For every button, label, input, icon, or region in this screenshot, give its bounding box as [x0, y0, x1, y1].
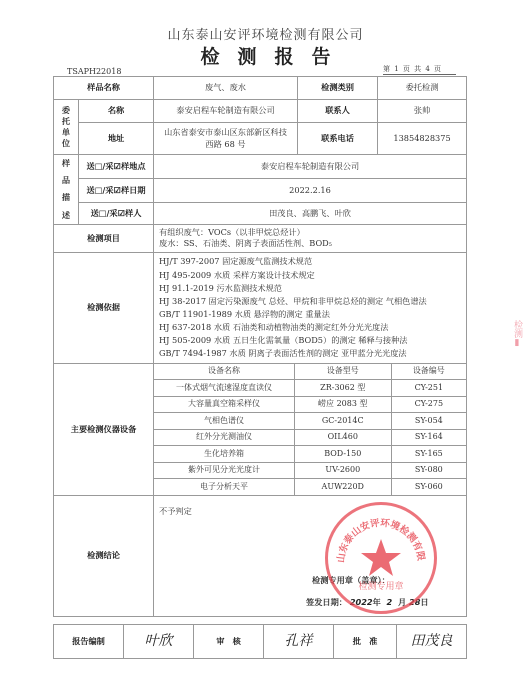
signature-table: 报告编制 叶欣 审 核 孔祥 批 准 田茂良	[53, 624, 467, 659]
day-unit: 日	[420, 597, 428, 607]
phone-label: 联系电话	[298, 123, 378, 155]
basis-value: HJ/T 397-2007 固定源废气监测技术规范 HJ 495-2009 水质…	[154, 252, 467, 363]
equipment-model: BOD-150	[294, 446, 391, 463]
category-value: 委托检测	[378, 77, 467, 100]
category-label: 检测类别	[298, 77, 378, 100]
prepared-label: 报告编制	[54, 625, 124, 659]
client-address-row: 地址 山东省泰安市泰山区东部新区科技西路 68 号 联系电话 138548283…	[54, 123, 467, 155]
equipment-name: 一体式烟气流速湿度直读仪	[154, 380, 294, 397]
company-name: 山东泰山安评环境检测有限公司	[0, 24, 531, 43]
sample-name-value: 废气、废水	[154, 77, 298, 100]
equipment-row-item: 紫外可见分光光度计 UV-2600 SY-080	[154, 462, 466, 479]
equipment-id: SY-080	[391, 462, 466, 479]
equipment-row-item: 生化培养箱 BOD-150 SY-165	[154, 446, 466, 463]
basis-line: HJ 637-2018 水质 石油类和动植物油类的测定红外分光光度法	[159, 321, 463, 334]
equipment-row-item: 大容量真空箱采样仪 崂应 2083 型 CY-275	[154, 396, 466, 413]
items-row: 检测项目 有组织废气：VOCs（以非甲烷总烃计） 废水：SS、石油类、阴离子表面…	[54, 224, 467, 252]
equipment-header: 设备名称	[154, 364, 294, 380]
issue-date-label: 签发日期：	[306, 597, 347, 607]
basis-line: GB/T 11901-1989 水质 悬浮物的测定 重量法	[159, 308, 463, 321]
edge-seal-mark: 检测▮	[510, 320, 524, 430]
equipment-header: 设备编号	[391, 364, 466, 380]
equipment-id: SY-054	[391, 413, 466, 430]
client-name-row: 委托单位 名称 泰安启程车轮制造有限公司 联系人 张帅	[54, 100, 467, 123]
conclusion-cell: 不予判定 检测专用章（盖章）： 签发日期： 2022年 2 月 28日	[154, 495, 467, 616]
approve-label: 批 准	[334, 625, 397, 659]
conclusion-label: 检测结论	[54, 495, 154, 616]
sampler-row: 送□/采☑样人 田茂良、高鹏飞、叶欣	[54, 203, 467, 225]
prepared-signature: 叶欣	[124, 625, 194, 659]
contact-label: 联系人	[298, 100, 378, 123]
equipment-model: ZR-3062 型	[294, 380, 391, 397]
equipment-model: UV-2600	[294, 462, 391, 479]
equipment-name: 紫外可见分光光度计	[154, 462, 294, 479]
sample-desc-group-label: 样品描述	[54, 155, 79, 225]
basis-line: HJ 91.1-2019 污水监测技术规范	[159, 282, 463, 295]
sample-location-row: 样品描述 送□/采☑样地点 泰安启程车轮制造有限公司	[54, 155, 467, 179]
equipment-label: 主要检测仪器设备	[54, 363, 154, 495]
sample-date-label: 送□/采☑样日期	[79, 179, 154, 203]
equipment-id: CY-251	[391, 380, 466, 397]
review-label: 审 核	[194, 625, 264, 659]
sample-name-label: 样品名称	[54, 77, 154, 100]
client-name-label: 名称	[79, 100, 154, 123]
seal-label: 检测专用章（盖章）：	[312, 575, 390, 586]
equipment-name: 生化培养箱	[154, 446, 294, 463]
basis-label: 检测依据	[54, 252, 154, 363]
equipment-model: OIL460	[294, 429, 391, 446]
year-unit: 年	[373, 597, 381, 607]
approve-signature: 田茂良	[397, 625, 467, 659]
basis-line: HJ/T 397-2007 固定源废气监测技术规范	[159, 255, 463, 268]
client-name-value: 泰安启程车轮制造有限公司	[154, 100, 298, 123]
equipment-model: GC-2014C	[294, 413, 391, 430]
issue-date: 签发日期： 2022年 2 月 28日	[306, 597, 429, 608]
issue-day: 28	[409, 597, 420, 607]
sample-location-value: 泰安启程车轮制造有限公司	[154, 155, 467, 179]
equipment-table: 设备名称 设备型号 设备编号 一体式烟气流速湿度直读仪 ZR-3062 型 CY…	[154, 364, 466, 495]
equipment-id: SY-164	[391, 429, 466, 446]
page-info: 第 1 页 共 4 页	[383, 64, 456, 75]
sample-row: 样品名称 废气、废水 检测类别 委托检测	[54, 77, 467, 100]
issue-month: 2	[387, 597, 393, 607]
sample-date-row: 送□/采☑样日期 2022.2.16	[54, 179, 467, 203]
conclusion-row: 检测结论 不予判定 检测专用章（盖章）： 签发日期： 2022年 2 月 28日	[54, 495, 467, 616]
review-signature: 孔祥	[264, 625, 334, 659]
contact-value: 张帅	[378, 100, 467, 123]
phone-value: 13854828375	[378, 123, 467, 155]
equipment-row: 主要检测仪器设备 设备名称 设备型号 设备编号 一体式烟气流速湿度直读仪 ZR-…	[54, 363, 467, 495]
equipment-header: 设备型号	[294, 364, 391, 380]
sampler-label: 送□/采☑样人	[79, 203, 154, 225]
basis-line: HJ 505-2009 水质 五日生化需氧量（BOD5）的测定 稀释与接种法	[159, 334, 463, 347]
equipment-cell: 设备名称 设备型号 设备编号 一体式烟气流速湿度直读仪 ZR-3062 型 CY…	[154, 363, 467, 495]
equipment-name: 气相色谱仪	[154, 413, 294, 430]
basis-row: 检测依据 HJ/T 397-2007 固定源废气监测技术规范 HJ 495-20…	[54, 252, 467, 363]
issue-year: 2022	[350, 597, 373, 607]
sample-location-label: 送□/采☑样地点	[79, 155, 154, 179]
address-value: 山东省泰安市泰山区东部新区科技西路 68 号	[154, 123, 298, 155]
items-line: 有组织废气：VOCs（以非甲烷总烃计）	[159, 227, 463, 238]
equipment-row-item: 气相色谱仪 GC-2014C SY-054	[154, 413, 466, 430]
equipment-name: 电子分析天平	[154, 479, 294, 495]
sampler-value: 田茂良、高鹏飞、叶欣	[154, 203, 467, 225]
items-label: 检测项目	[54, 224, 154, 252]
equipment-name: 大容量真空箱采样仪	[154, 396, 294, 413]
equipment-id: SY-060	[391, 479, 466, 495]
month-unit: 月	[398, 597, 406, 607]
address-label: 地址	[79, 123, 154, 155]
equipment-id: SY-165	[391, 446, 466, 463]
conclusion-text: 不予判定	[159, 506, 192, 517]
items-line: 废水：SS、石油类、阴离子表面活性剂、BOD5	[159, 238, 463, 249]
equipment-id: CY-275	[391, 396, 466, 413]
basis-line: GB/T 7494-1987 水质 阴离子表面活性剂的测定 亚甲蓝分光光度法	[159, 347, 463, 360]
basis-line: HJ 38-2017 固定污染源废气 总烃、甲烷和非甲烷总烃的测定 气相色谱法	[159, 295, 463, 308]
signature-row: 报告编制 叶欣 审 核 孔祥 批 准 田茂良	[54, 625, 467, 659]
basis-line: HJ 495-2009 水质 采样方案设计技术规定	[159, 269, 463, 282]
report-table: 样品名称 废气、废水 检测类别 委托检测 委托单位 名称 泰安启程车轮制造有限公…	[53, 76, 467, 617]
equipment-row-item: 电子分析天平 AUW220D SY-060	[154, 479, 466, 495]
equipment-header-row: 设备名称 设备型号 设备编号	[154, 364, 466, 380]
equipment-row-item: 一体式烟气流速湿度直读仪 ZR-3062 型 CY-251	[154, 380, 466, 397]
equipment-model: AUW220D	[294, 479, 391, 495]
equipment-row-item: 红外分光测油仪 OIL460 SY-164	[154, 429, 466, 446]
equipment-name: 红外分光测油仪	[154, 429, 294, 446]
items-value: 有组织废气：VOCs（以非甲烷总烃计） 废水：SS、石油类、阴离子表面活性剂、B…	[154, 224, 467, 252]
sample-date-value: 2022.2.16	[154, 179, 467, 203]
equipment-model: 崂应 2083 型	[294, 396, 391, 413]
client-group-label: 委托单位	[54, 100, 79, 155]
